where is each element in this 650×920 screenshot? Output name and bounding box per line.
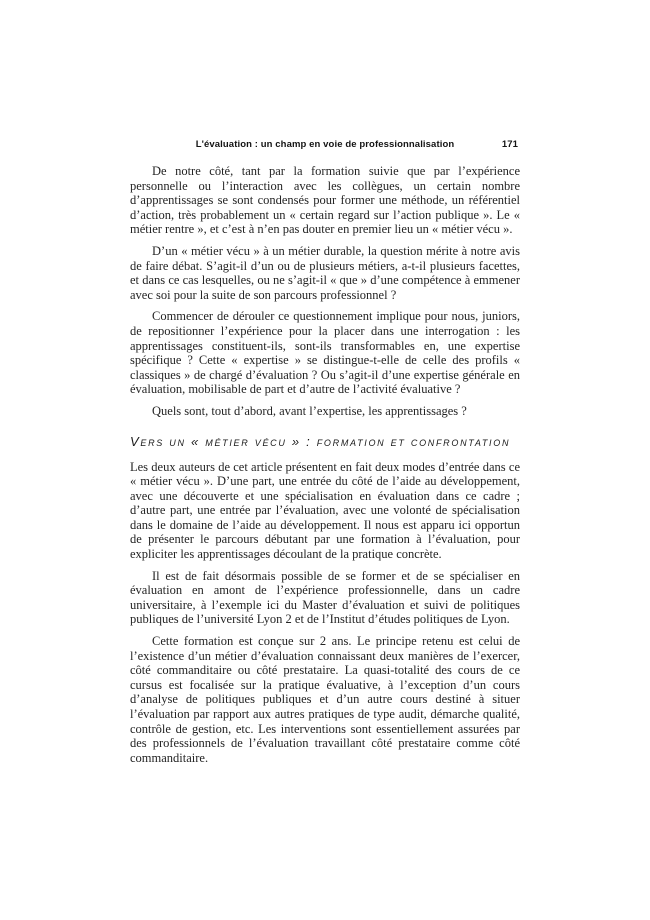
document-page: L'évaluation : un champ en voie de profe…: [0, 0, 650, 920]
text-block: L'évaluation : un champ en voie de profe…: [130, 139, 520, 772]
page-body: De notre côté, tant par la formation sui…: [130, 164, 520, 765]
paragraph: De notre côté, tant par la formation sui…: [130, 164, 520, 237]
section-heading: Vers un « métier vécu » : formation et c…: [130, 434, 520, 449]
page-number: 171: [502, 139, 518, 151]
paragraph: Cette formation est conçue sur 2 ans. Le…: [130, 634, 520, 765]
paragraph: Quels sont, tout d’abord, avant l’expert…: [130, 404, 520, 419]
paragraph: Commencer de dérouler ce questionnement …: [130, 309, 520, 397]
paragraph: D’un « métier vécu » à un métier durable…: [130, 244, 520, 302]
paragraph: Les deux auteurs de cet article présente…: [130, 460, 520, 562]
paragraph: Il est de fait désormais possible de se …: [130, 569, 520, 627]
running-header-title: L'évaluation : un champ en voie de profe…: [196, 139, 455, 150]
running-header: L'évaluation : un champ en voie de profe…: [130, 139, 520, 151]
